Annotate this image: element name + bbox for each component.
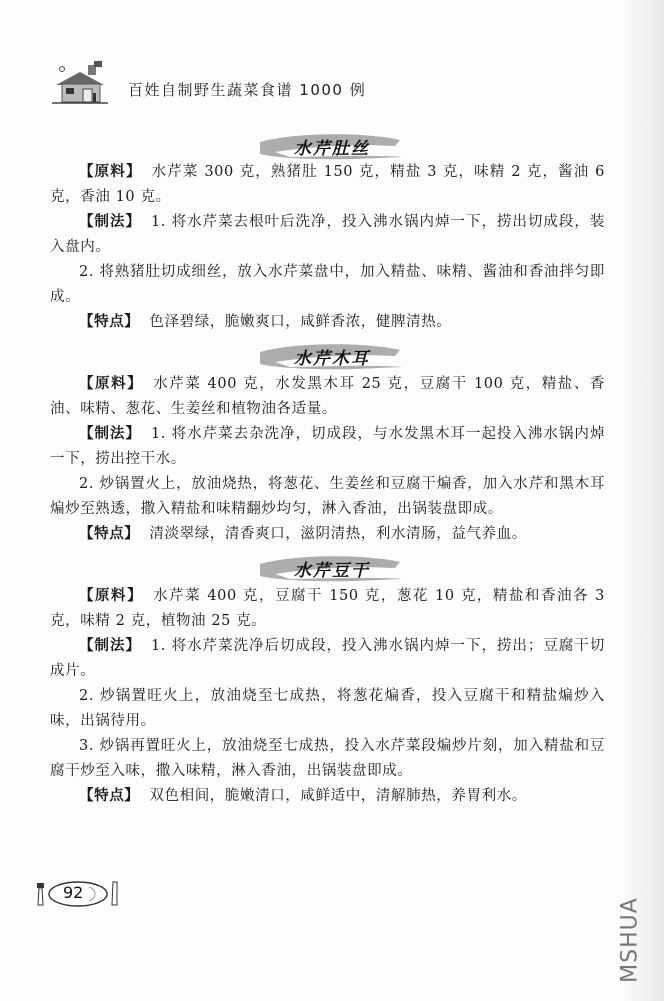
method-1: 【制法】1. 将水芹菜去根叶后洗净，投入沸水锅内焯一下，捞出切成段，装入盘内。 … [50, 210, 605, 310]
recipe-name: 水芹豆干 [0, 556, 664, 581]
method-step: 2. 将熟猪肚切成细丝，放入水芹菜盘中，加入精盐、味精、酱油和香油拌匀即成。 [50, 260, 605, 310]
method-2: 【制法】1. 将水芹菜去杂洗净，切成段，与水发黑木耳一起投入沸水锅内焯一下，捞出… [50, 422, 605, 522]
book-title: 百姓自制野生蔬菜食谱 1000 例 [128, 79, 366, 100]
method-step: 2. 炒锅置旺火上，放油烧至七成热，将葱花煸香，投入豆腐干和精盐煸炒入味，出锅待… [50, 684, 605, 734]
page-number-badge: 92 [33, 877, 123, 911]
features-text: 双色相间，脆嫩清口，咸鲜适中，清解肺热，养胃利水。 [149, 788, 527, 804]
ingredients-label: 【原料】 [79, 376, 143, 392]
ingredients-1: 【原料】水芹菜 300 克，熟猪肚 150 克，精盐 3 克，味精 2 克，酱油… [50, 160, 605, 210]
house-icon [50, 55, 110, 105]
watermark-text: MSHUA [618, 897, 643, 983]
method-step: 2. 炒锅置火上，放油烧热，将葱花、生姜丝和豆腐干煸香，加入水芹和黑木耳煸炒至熟… [50, 472, 605, 522]
method-label: 【制法】 [79, 638, 141, 654]
features-label: 【特点】 [79, 526, 139, 542]
recipe-title-2: 水芹木耳 [0, 338, 664, 372]
features-text: 色泽碧绿，脆嫩爽口，咸鲜香浓，健脾清热。 [149, 314, 451, 330]
method-label: 【制法】 [79, 214, 141, 230]
recipe-name: 水芹木耳 [0, 344, 664, 369]
features-2: 【特点】清淡翠绿，清香爽口，滋阴清热，利水清肠，益气养血。 [50, 522, 605, 547]
watermark: MSHUA [610, 885, 650, 995]
features-text: 清淡翠绿，清香爽口，滋阴清热，利水清肠，益气养血。 [149, 526, 527, 542]
page-number: 92 [63, 883, 83, 902]
features-3: 【特点】双色相间，脆嫩清口，咸鲜适中，清解肺热，养胃利水。 [50, 784, 605, 809]
ingredients-label: 【原料】 [79, 164, 142, 180]
method-label: 【制法】 [79, 426, 141, 442]
recipe-title-3: 水芹豆干 [0, 550, 664, 584]
running-header: 百姓自制野生蔬菜食谱 1000 例 [50, 55, 450, 105]
features-label: 【特点】 [79, 788, 139, 804]
method-3: 【制法】1. 将水芹菜洗净后切成段，投入沸水锅内焯一下，捞出；豆腐干切成片。 2… [50, 634, 605, 784]
method-step: 3. 炒锅再置旺火上，放油烧至七成热，投入水芹菜段煸炒片刻，加入精盐和豆腐干炒至… [50, 734, 605, 784]
features-label: 【特点】 [79, 314, 139, 330]
recipe-title-1: 水芹肚丝 [0, 128, 664, 162]
ingredients-2: 【原料】水芹菜 400 克，水发黑木耳 25 克，豆腐干 100 克，精盐、香油… [50, 372, 605, 422]
recipe-name: 水芹肚丝 [0, 134, 664, 159]
ingredients-label: 【原料】 [79, 588, 143, 604]
features-1: 【特点】色泽碧绿，脆嫩爽口，咸鲜香浓，健脾清热。 [50, 310, 605, 335]
ingredients-3: 【原料】水芹菜 400 克，豆腐干 150 克，葱花 10 克，精盐和香油各 3… [50, 584, 605, 634]
